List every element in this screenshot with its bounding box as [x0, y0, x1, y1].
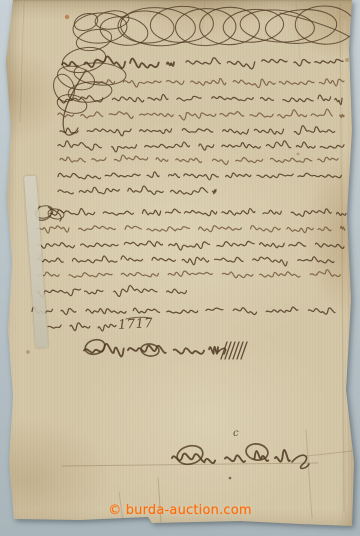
document-paper: 1717 c — [0, 0, 360, 536]
handwriting-svg — [0, 0, 360, 536]
document-paper-wrap: 1717 c — [0, 0, 360, 536]
photo-backdrop: 1717 c © burda-auction.com — [0, 0, 360, 536]
year-text: 1717 — [118, 316, 154, 333]
watermark-text: © burda-auction.com — [0, 503, 360, 518]
superscript-c-mark: c — [233, 428, 239, 439]
